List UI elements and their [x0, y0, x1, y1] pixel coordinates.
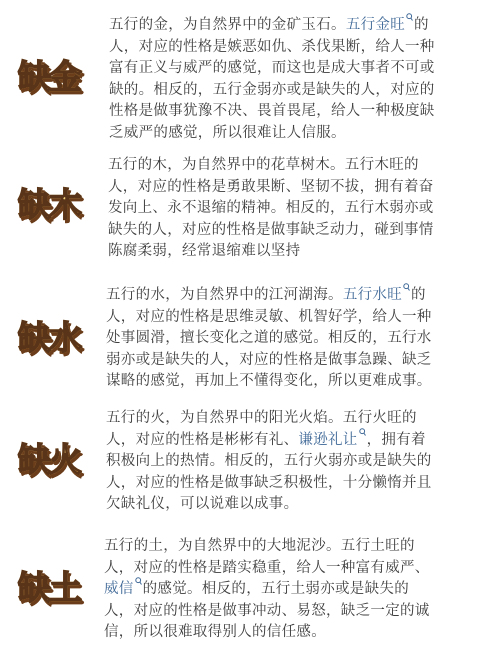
paragraph-line: 积极向上的热情。相反的，五行火弱亦或是缺失的: [106, 451, 432, 473]
section-paragraph: 五行的木，为自然界中的花草树木。五行木旺的 人，对应的性格是勇敢果断、坚韧不拔，…: [108, 155, 434, 263]
paragraph-line: 人，对应的性格是勇敢果断、坚韧不拔，拥有着奋: [108, 177, 434, 199]
paragraph-line: 五行的木，为自然界中的花草树木。五行木旺的: [108, 155, 434, 177]
section-title: 缺火: [18, 440, 98, 480]
paragraph-line: 五行的火，为自然界中的阳光火焰。五行火旺的: [106, 408, 432, 430]
section-title: 缺金: [18, 57, 98, 97]
paragraph-line: 缺的。相反的，五行金弱亦或是缺失的人，对应的: [109, 80, 435, 102]
paragraph-line: 处事圆滑，擅长变化之道的感觉。相反的，五行水: [106, 328, 432, 350]
paragraph-line: 人，对应的性格是思维灵敏、机智好学，给人一种: [106, 307, 432, 329]
paragraph-line: 性格是做事犹豫不决、畏首畏尾，给人一种极度缺: [109, 101, 435, 123]
paragraph-line: 发向上、永不退缩的精神。相反的，五行木弱亦或: [108, 198, 434, 220]
section-paragraph: 五行的金，为自然界中的金矿玉石。五行金旺的 人，对应的性格是嫉恶如仇、杀伐果断，…: [109, 15, 435, 144]
paragraph-line: 乏威严的感觉，所以很难让人信服。: [109, 123, 435, 145]
search-icon: [403, 283, 410, 292]
search-icon: [406, 13, 413, 22]
paragraph-line: 五行的土，为自然界中的大地泥沙。五行土旺的: [104, 536, 430, 558]
paragraph-line: 富有正义与威严的感觉，而这也是成大事者不可或: [109, 58, 435, 80]
paragraph-line: 信，所以很难取得别人的信任感。: [104, 622, 430, 644]
paragraph-line: 五行的金，为自然界中的金矿玉石。五行金旺的: [109, 15, 435, 37]
paragraph-line: 人，对应的性格是踏实稳重，给人一种富有威严、: [104, 558, 430, 580]
paragraph-line: 谋略的感觉，再加上不懂得变化，所以更难成事。: [106, 371, 432, 393]
paragraph-line: 弱亦或是缺失的人，对应的性格是做事急躁、缺乏: [106, 350, 432, 372]
paragraph-line: 缺失的人，对应的性格是做事缺乏动力，碰到事情: [108, 220, 434, 242]
paragraph-line: 威信的感觉。相反的，五行土弱亦或是缺失的: [104, 579, 430, 601]
paragraph-line: 五行的水，为自然界中的江河湖海。五行水旺的: [106, 285, 432, 307]
section-title: 缺水: [18, 318, 98, 358]
paragraph-line: 人，对应的性格是做事冲动、易怒，缺乏一定的诚: [104, 601, 430, 623]
search-icon: [359, 428, 366, 437]
keyword-link[interactable]: 五行水旺: [343, 287, 411, 303]
paragraph-line: 欠缺礼仪，可以说难以成事。: [106, 494, 432, 516]
paragraph-line: 人，对应的性格是嫉恶如仇、杀伐果断，给人一种: [109, 37, 435, 59]
section-title: 缺木: [18, 185, 98, 225]
keyword-link[interactable]: 谦逊礼让: [298, 432, 366, 448]
paragraph-line: 人，对应的性格是彬彬有礼、谦逊礼让，拥有着: [106, 430, 432, 452]
section-paragraph: 五行的水，为自然界中的江河湖海。五行水旺的 人，对应的性格是思维灵敏、机智好学，…: [106, 285, 432, 393]
search-icon: [135, 577, 142, 586]
paragraph-line: 陈腐柔弱，经常退缩难以坚持: [108, 241, 434, 263]
section-paragraph: 五行的火，为自然界中的阳光火焰。五行火旺的 人，对应的性格是彬彬有礼、谦逊礼让，…: [106, 408, 432, 516]
section-title: 缺土: [18, 568, 98, 608]
keyword-link[interactable]: 五行金旺: [346, 17, 414, 33]
section-paragraph: 五行的土，为自然界中的大地泥沙。五行土旺的 人，对应的性格是踏实稳重，给人一种富…: [104, 536, 430, 644]
paragraph-line: 人，对应的性格是做事缺乏积极性，十分懒惰并且: [106, 473, 432, 495]
keyword-link[interactable]: 威信: [104, 581, 143, 597]
